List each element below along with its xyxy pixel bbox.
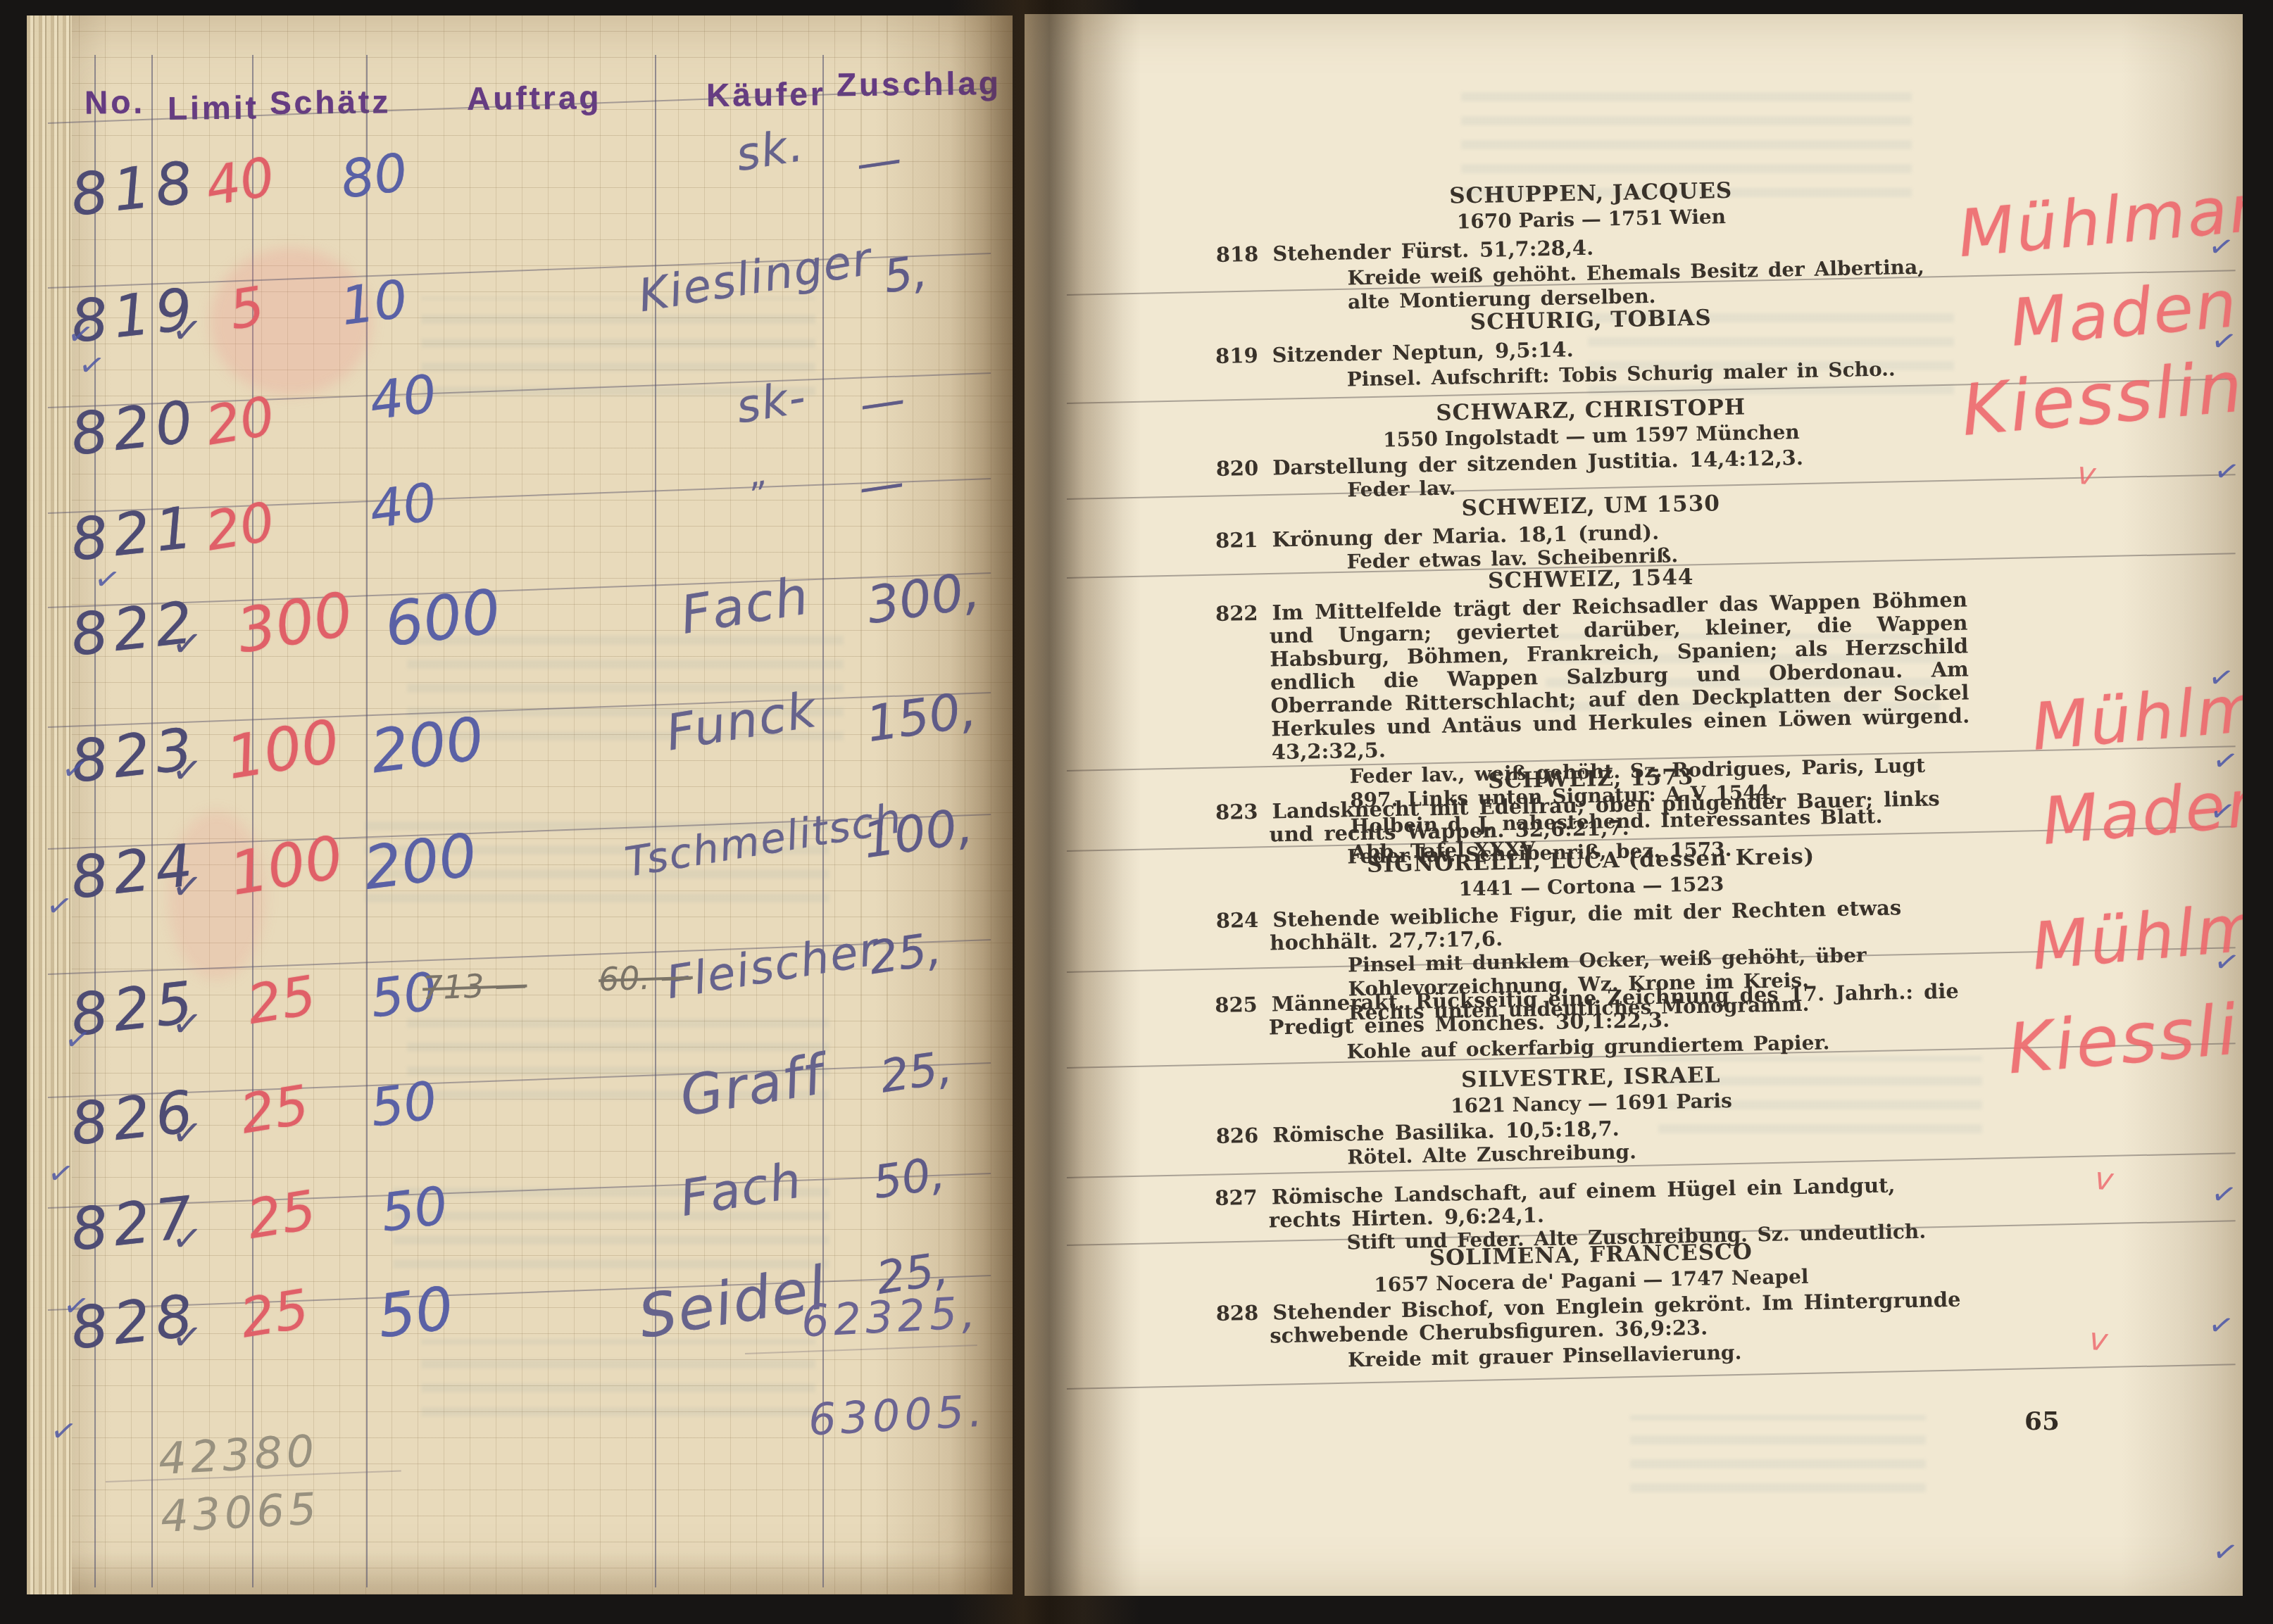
- limit-value: 25: [236, 1073, 313, 1145]
- kaeufer-name: Fleischer: [663, 924, 882, 1009]
- buyer-annotation: Maden: [2008, 266, 2241, 361]
- zuschlag-value: 25,: [866, 923, 944, 985]
- schaetz-value: 50: [367, 1070, 440, 1138]
- total-pencil-lower: 43065: [159, 1483, 322, 1542]
- zuschlag-value: 50,: [870, 1147, 948, 1209]
- schaetz-value: 50: [374, 1273, 457, 1352]
- buyer-annotation: Mühlmann: [1955, 156, 2243, 272]
- bleed-through-smudge: [1630, 1415, 1926, 1492]
- check-icon: ✓: [170, 1111, 204, 1156]
- schaetz-value: 40: [366, 363, 439, 432]
- zuschlag-value: —: [856, 456, 908, 514]
- limit-value: 40: [201, 145, 279, 218]
- lot-number: 819: [1215, 343, 1272, 368]
- kaeufer-name: sk-: [733, 371, 810, 434]
- schaetz-value: 80: [337, 142, 411, 210]
- schaetz-value: 600: [381, 577, 505, 661]
- limit-value: 5: [225, 275, 269, 342]
- schaetz-value: 200: [360, 820, 480, 903]
- limit-value: 20: [201, 384, 279, 457]
- zuschlag-value: —: [856, 373, 908, 431]
- limit-value: 100: [225, 822, 348, 909]
- check-icon: ✓: [2211, 452, 2243, 491]
- buyer-annotation: Mühlmann: [2029, 873, 2243, 984]
- ledger-header-auftrag: Auftrag: [467, 78, 602, 118]
- limit-value: 100: [222, 706, 344, 793]
- lot-number: 822: [1215, 600, 1272, 626]
- ledger-header-schaetz: Schätz: [270, 82, 392, 122]
- zuschlag-value: 300,: [863, 560, 984, 635]
- scanned-auction-ledger-spread: No. Limit Schätz Auftrag Käufer Zuschlag…: [0, 0, 2273, 1624]
- catalog-section-schuppen: SCHUPPEN, JACQUES 1670 Paris — 1751 Wien…: [1215, 174, 1969, 316]
- check-icon: ✓: [170, 1216, 204, 1261]
- lot-number: 825: [1215, 992, 1272, 1017]
- catalog-lot-825: 825Männerakt. Rückseitig eine Zeichnung …: [1215, 979, 1968, 1066]
- limit-value: 25: [236, 1277, 313, 1349]
- zuschlag-total-lower: 63005.: [807, 1385, 987, 1445]
- lot-number: 818: [1215, 241, 1272, 267]
- lot-number: 820: [68, 389, 201, 469]
- lot-title: Im Mittelfelde trägt der Reichsadler das…: [1269, 587, 1970, 764]
- lot-number: 823: [1215, 799, 1272, 824]
- red-tick-icon: v: [2087, 1321, 2109, 1359]
- zuschlag-value: —: [853, 133, 905, 191]
- lot-number: 820: [1215, 455, 1272, 481]
- catalog-section-schurig: SCHURIG, TOBIAS 819Sitzender Neptun, 9,5…: [1215, 301, 1968, 394]
- ledger-page: No. Limit Schätz Auftrag Käufer Zuschlag…: [27, 15, 1013, 1594]
- lot-number: 826: [1215, 1123, 1272, 1148]
- schaetz-value: 200: [367, 704, 487, 787]
- ledger-header-no: No.: [84, 83, 146, 122]
- check-icon: ✓: [170, 864, 204, 909]
- zuschlag-value: 5,: [880, 246, 930, 303]
- ledger-header-zuschlag: Zuschlag: [837, 64, 1001, 103]
- lot-number: 821: [68, 494, 201, 574]
- lot-title: Sitzender Neptun, 9,5:14.: [1272, 337, 1574, 367]
- zuschlag-total-upper: 62325,: [800, 1286, 980, 1347]
- ledger-header-limit: Limit: [168, 88, 259, 127]
- catalog-section-solimena: SOLIMENA, FRANCESCO 1657 Nocera de' Paga…: [1215, 1235, 1969, 1374]
- check-icon: ✓: [2205, 1306, 2237, 1345]
- lot-number: 818: [68, 149, 201, 229]
- check-icon: ✓: [170, 1002, 204, 1047]
- page-number: 65: [2024, 1406, 2060, 1436]
- check-icon: ✓: [170, 1315, 204, 1360]
- limit-value: 20: [201, 490, 279, 562]
- check-icon: ✓: [170, 308, 204, 353]
- schaetz-value: 10: [337, 269, 411, 337]
- kaeufer-name: sk.: [732, 120, 808, 182]
- schaetz-value: 40: [366, 472, 439, 540]
- check-icon: ✓: [170, 748, 204, 793]
- schaetz-value: 50: [377, 1176, 451, 1244]
- red-tick-icon: v: [2093, 1161, 2115, 1198]
- ledger-row-818: 818 40 80 sk. —: [67, 120, 1014, 264]
- check-icon: ✓: [2210, 1532, 2241, 1571]
- kaeufer-name: Fach: [676, 565, 813, 646]
- limit-value: 300: [232, 579, 358, 667]
- red-tick-icon: v: [2075, 455, 2097, 493]
- check-icon: ✓: [48, 1411, 80, 1452]
- limit-value: 25: [243, 964, 320, 1036]
- limit-value: 25: [243, 1178, 320, 1251]
- catalog-section-silvestre: SILVESTRE, ISRAEL 1621 Nancy — 1691 Pari…: [1215, 1058, 1969, 1171]
- catalog-page: SCHUPPEN, JACQUES 1670 Paris — 1751 Wien…: [1025, 14, 2243, 1596]
- lot-title: Stehender Fürst. 51,7:28,4.: [1272, 236, 1594, 266]
- struck-amount: 713 —: [422, 965, 527, 1007]
- lot-number: 828: [1215, 1300, 1272, 1326]
- zuschlag-value: 25,: [877, 1042, 955, 1104]
- zuschlag-value: 150,: [863, 681, 979, 754]
- struck-amount: 60. —: [598, 957, 694, 999]
- stacked-page-edges: [27, 15, 72, 1594]
- catalog-section-schwarz: SCHWARZ, CHRISTOPH 1550 Ingolstadt — um …: [1215, 391, 1969, 504]
- check-icon: ✓: [170, 622, 204, 667]
- lot-number: 827: [1215, 1185, 1272, 1210]
- buyer-annotation: Kiesslinger: [2004, 976, 2243, 1090]
- check-icon: ✓: [2208, 1175, 2240, 1214]
- kaeufer-name: Kieslinger: [635, 233, 876, 322]
- lot-number: 821: [1215, 527, 1272, 553]
- lot-number: 824: [1215, 907, 1272, 933]
